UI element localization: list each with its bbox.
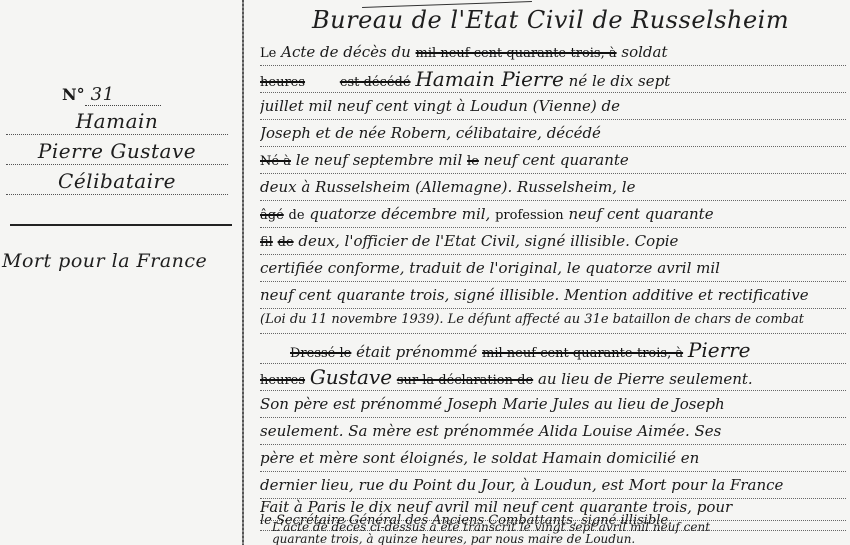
record-line: neuf cent quarante trois, signé illisibl…	[260, 283, 846, 309]
record-line: deux à Russelsheim (Allemagne). Russelsh…	[260, 175, 846, 201]
margin-separator-rule	[10, 224, 232, 226]
record-number-value: 31	[85, 84, 161, 106]
record-line: âgé de quatorze décembre mil, profession…	[260, 202, 846, 228]
record-title: Bureau de l'Etat Civil de Russelsheim	[312, 6, 789, 34]
record-line: Le Acte de décès du mil neuf cent quaran…	[260, 40, 846, 66]
margin-given-names: Pierre Gustave	[6, 138, 228, 165]
transcription-note-line-2: quarante trois, à quinze heures, par nou…	[272, 531, 842, 545]
record-number-label: N°	[62, 85, 85, 104]
record-line: (Loi du 11 novembre 1939). Le défunt aff…	[260, 308, 846, 334]
record-line: Joseph et de née Robern, célibataire, dé…	[260, 121, 846, 147]
record-line: Né à le neuf septembre mil le neuf cent …	[260, 148, 846, 174]
column-divider	[242, 0, 244, 545]
record-line: seulement. Sa mère est prénommée Alida L…	[260, 419, 846, 445]
margin-mention-mort-pour-la-france: Mort pour la France	[2, 250, 207, 272]
deceased-name: Hamain Pierre	[415, 67, 564, 91]
record-number: N° 31	[62, 84, 161, 106]
record-line: heures est décédé Hamain Pierre né le di…	[260, 67, 846, 93]
record-line: Son père est prénommé Joseph Marie Jules…	[260, 392, 846, 418]
record-line: Dressé le était prénommé mil neuf cent q…	[260, 338, 846, 364]
scanned-register-page: N° 31 Hamain Pierre Gustave Célibataire …	[0, 0, 850, 545]
record-line: père et mère sont éloignés, le soldat Ha…	[260, 446, 846, 472]
record-body: Bureau de l'Etat Civil de Russelsheim Le…	[252, 0, 850, 545]
record-line: certifiée conforme, traduit de l'origina…	[260, 256, 846, 282]
margin-civil-status: Célibataire	[6, 168, 228, 195]
record-line: heures Gustave sur la déclaration de au …	[260, 365, 846, 391]
record-line: juillet mil neuf cent vingt à Loudun (Vi…	[260, 94, 846, 120]
margin-surname: Hamain	[6, 108, 228, 135]
margin-column: N° 31 Hamain Pierre Gustave Célibataire …	[0, 0, 242, 545]
record-line: fil de deux, l'officier de l'Etat Civil,…	[260, 229, 846, 255]
